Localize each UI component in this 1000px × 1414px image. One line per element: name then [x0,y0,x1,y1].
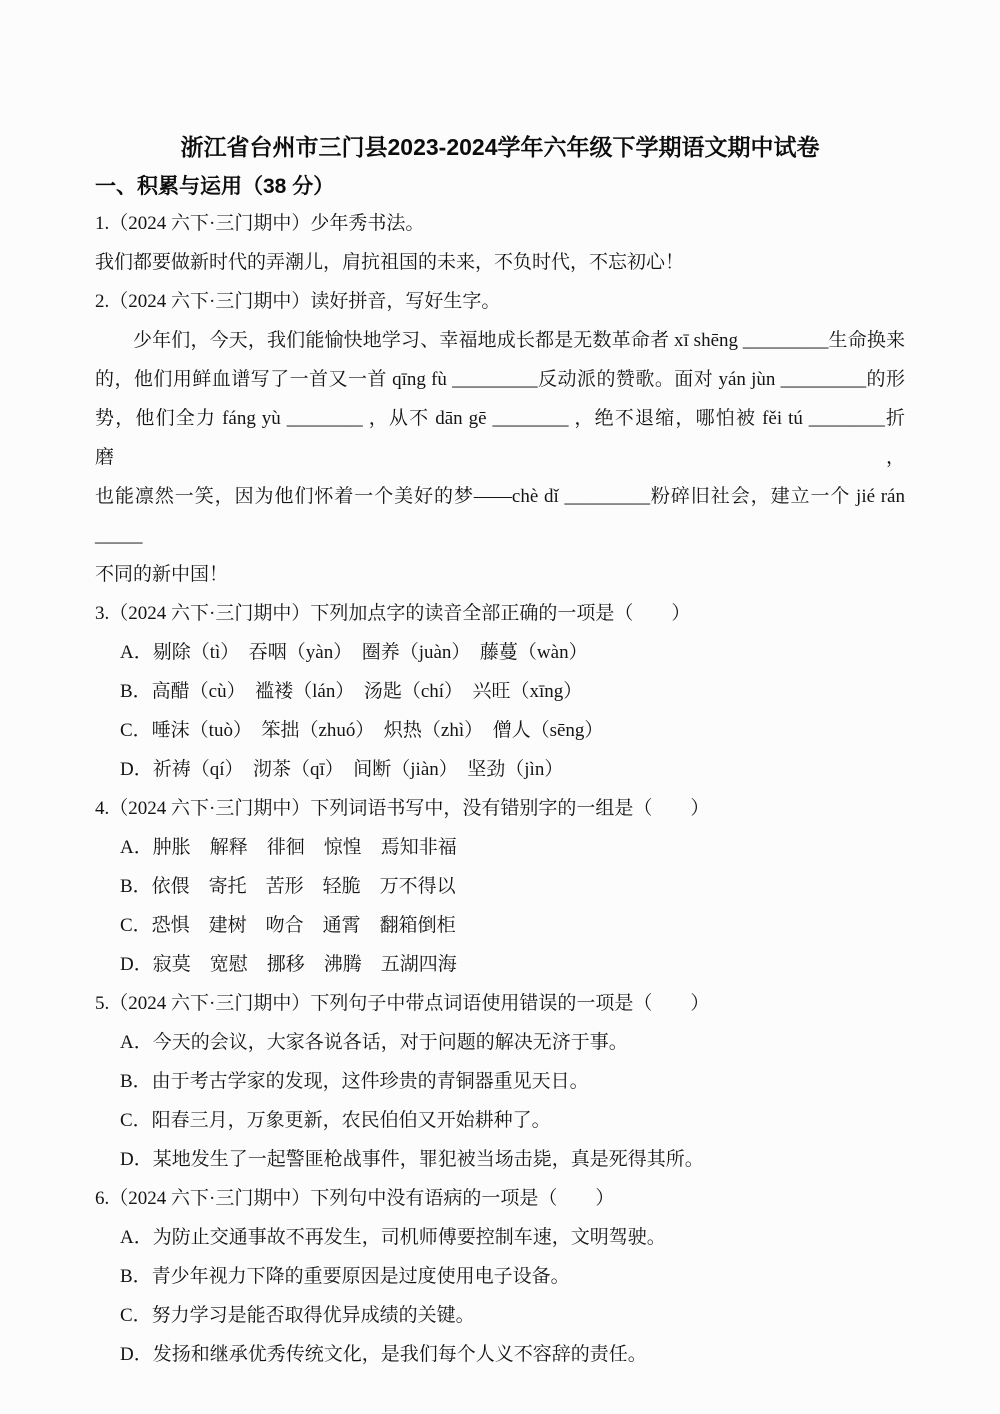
question-5-option-a: A．今天的会议，大家各说各话，对于问题的解决无济于事。 [95,1023,905,1062]
question-6-option-a: A．为防止交通事故不再发生，司机师傅要控制车速，文明驾驶。 [95,1218,905,1257]
question-4-option-a: A．肿胀 解释 徘徊 惊惶 焉知非福 [95,828,905,867]
question-6-option-b: B．青少年视力下降的重要原因是过度使用电子设备。 [95,1257,905,1296]
question-2-stem: 2.（2024 六下·三门期中）读好拼音，写好生字。 [95,282,905,321]
question-2-passage-line-4: 也能凛然一笑，因为他们怀着一个美好的梦——chè dǐ _________粉碎旧… [95,477,905,555]
question-2: 2.（2024 六下·三门期中）读好拼音，写好生字。 少年们，今天，我们能愉快地… [95,282,905,594]
question-4-stem: 4.（2024 六下·三门期中）下列词语书写中，没有错别字的一组是（ ） [95,789,905,828]
question-5-option-b: B．由于考古学家的发现，这件珍贵的青铜器重见天日。 [95,1062,905,1101]
question-4-option-c: C．恐惧 建树 吻合 通霄 翻箱倒柜 [95,906,905,945]
question-2-passage-line-1: 少年们，今天，我们能愉快地学习、幸福地成长都是无数革命者 xī shēng __… [95,321,905,360]
question-2-passage-line-5: 不同的新中国！ [95,555,905,594]
question-5: 5.（2024 六下·三门期中）下列句子中带点词语使用错误的一项是（ ） A．今… [95,984,905,1179]
question-4-option-b: B．依偎 寄托 苦形 轻脆 万不得以 [95,867,905,906]
question-6-option-c: C．努力学习是能否取得优异成绩的关键。 [95,1296,905,1335]
question-5-option-c: C．阳春三月，万象更新，农民伯伯又开始耕种了。 [95,1101,905,1140]
question-1-stem: 1.（2024 六下·三门期中）少年秀书法。 [95,204,905,243]
question-1: 1.（2024 六下·三门期中）少年秀书法。 我们都要做新时代的弄潮儿，肩抗祖国… [95,204,905,282]
question-3-option-c: C．唾沫（tuò） 笨拙（zhuó） 炽热（zhì） 僧人（sēng） [95,711,905,750]
question-5-option-d: D．某地发生了一起警匪枪战事件，罪犯被当场击毙，真是死得其所。 [95,1140,905,1179]
exam-content: 浙江省台州市三门县2023-2024学年六年级下学期语文期中试卷 一、积累与运用… [0,0,1000,1374]
exam-paper-page: 浙江省台州市三门县2023-2024学年六年级下学期语文期中试卷 一、积累与运用… [0,0,1000,1414]
question-2-passage-line-3: 势，他们全力 fáng yù ________ ，从不 dān gē _____… [95,399,905,477]
question-3: 3.（2024 六下·三门期中）下列加点字的读音全部正确的一项是（ ） A．剔除… [95,594,905,789]
question-6-option-d: D．发扬和继承优秀传统文化，是我们每个人义不容辞的责任。 [95,1335,905,1374]
question-4: 4.（2024 六下·三门期中）下列词语书写中，没有错别字的一组是（ ） A．肿… [95,789,905,984]
section-heading: 一、积累与运用（38 分） [95,170,905,204]
page-title: 浙江省台州市三门县2023-2024学年六年级下学期语文期中试卷 [95,130,905,164]
question-3-option-b: B．高醋（cù） 褴褛（lán） 汤匙（chí） 兴旺（xīng） [95,672,905,711]
question-6: 6.（2024 六下·三门期中）下列句中没有语病的一项是（ ） A．为防止交通事… [95,1179,905,1374]
question-2-passage-line-2: 的，他们用鲜血谱写了一首又一首 qīng fù _________反动派的赞歌。… [95,360,905,399]
question-4-option-d: D．寂莫 宽慰 挪移 沸腾 五湖四海 [95,945,905,984]
question-3-stem: 3.（2024 六下·三门期中）下列加点字的读音全部正确的一项是（ ） [95,594,905,633]
question-6-stem: 6.（2024 六下·三门期中）下列句中没有语病的一项是（ ） [95,1179,905,1218]
question-3-option-d: D．祈祷（qí） 沏茶（qī） 间断（jiàn） 坚劲（jìn） [95,750,905,789]
question-5-stem: 5.（2024 六下·三门期中）下列句子中带点词语使用错误的一项是（ ） [95,984,905,1023]
question-1-text: 我们都要做新时代的弄潮儿，肩抗祖国的未来，不负时代，不忘初心！ [95,243,905,282]
question-3-option-a: A．剔除（tì） 吞咽（yàn） 圈养（juàn） 藤蔓（wàn） [95,633,905,672]
